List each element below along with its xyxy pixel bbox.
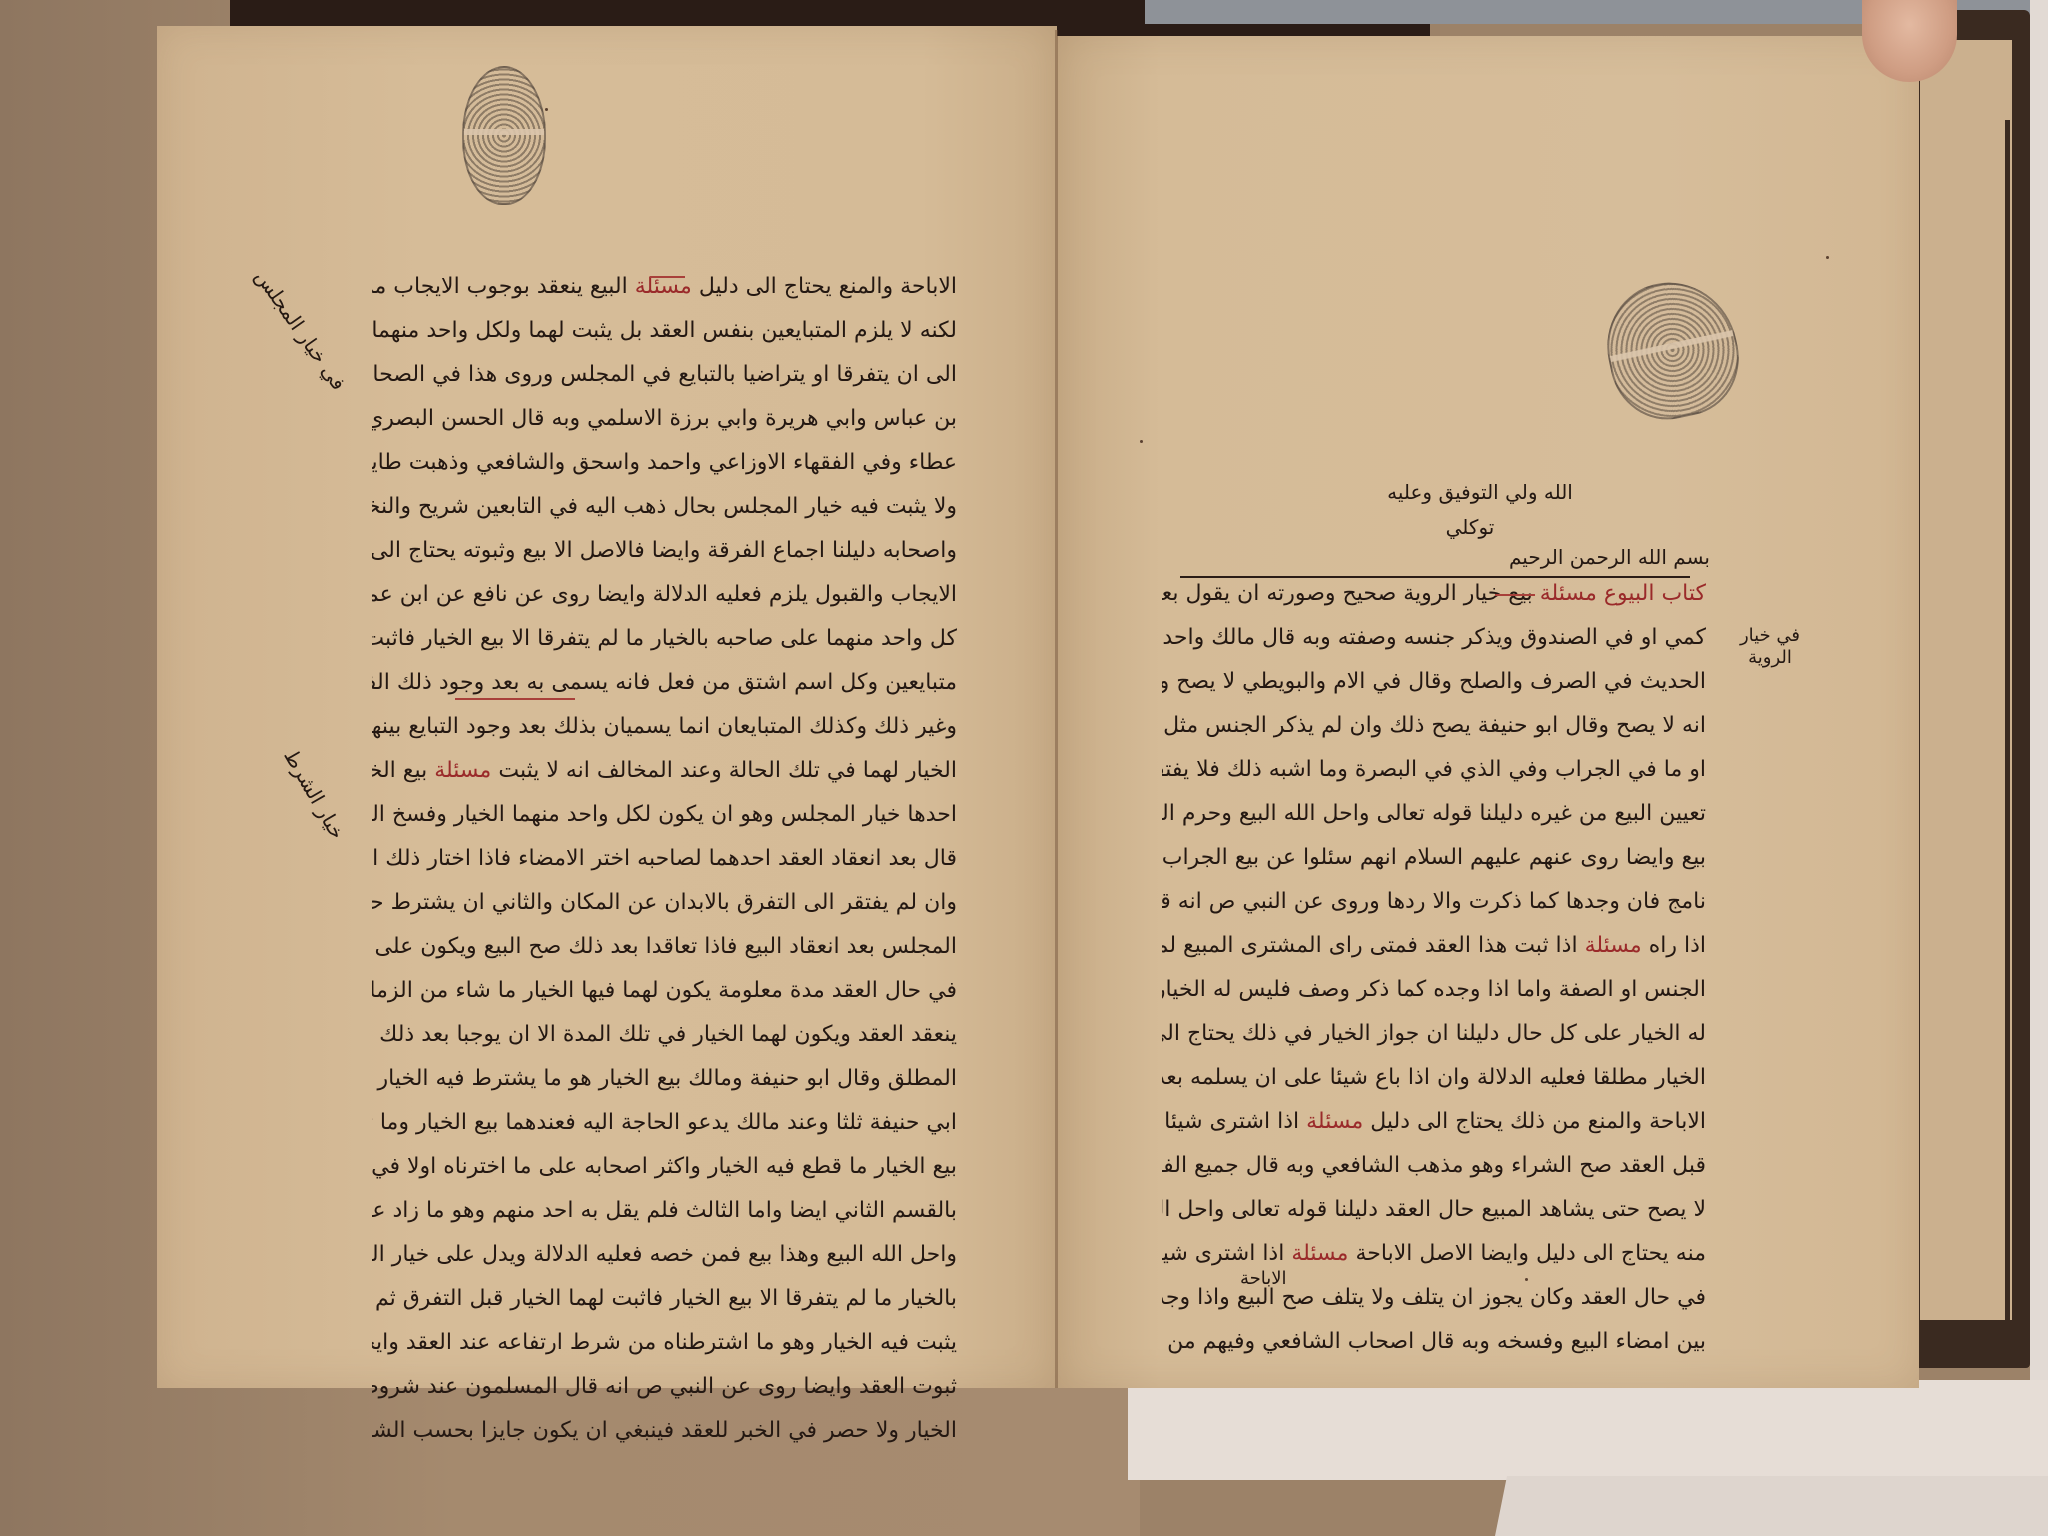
background-right-edge (2030, 0, 2048, 1400)
line-text: تعيين البيع من غيره دليلنا قوله تعالى وا… (1162, 801, 1706, 826)
cover-endpaper (1920, 40, 2012, 1320)
rubric-word: كتاب البيوع (1597, 581, 1706, 606)
manuscript-line: واصحابه دليلنا اجماع الفرقة وايضا فالاصل… (372, 529, 957, 573)
line-text: واصحابه دليلنا اجماع الفرقة وايضا فالاصل… (372, 538, 957, 563)
line-text: انه لا يصح وقال ابو حنيفة يصح ذلك وان لم… (1162, 713, 1706, 738)
margin-note-line: في خيار (1730, 625, 1810, 647)
manuscript-line: عطاء وفي الفقهاء الاوزاعي واحمد واسحق وا… (372, 441, 957, 485)
line-text: لا يصح حتى يشاهد المبيع حال العقد دليلنا… (1162, 1197, 1706, 1222)
line-text: الاباحة والمنع يحتاج الى دليل (692, 274, 957, 299)
manuscript-line: الاباحة والمنع من ذلك يحتاج الى دليل مسئ… (1162, 1100, 1706, 1144)
line-text: له الخيار على كل حال دليلنا ان جواز الخي… (1162, 1021, 1706, 1046)
line-text: اذا اشترى شيئا كان راه قبل العقد ولم يره (1162, 1241, 1291, 1266)
manuscript-line: بالقسم الثاني ايضا واما الثالث فلم يقل ب… (372, 1189, 957, 1233)
manuscript-line: الخيار لهما في تلك الحالة وعند المخالف ا… (372, 749, 957, 793)
manuscript-line: بالخيار ما لم يتفرقا الا بيع الخيار فاثب… (372, 1277, 957, 1321)
line-text: اذا راه (1642, 933, 1706, 958)
manuscript-line: بيع الخيار ما قطع فيه الخيار واكثر اصحاب… (372, 1145, 957, 1189)
manuscript-line: احدها خيار المجلس وهو ان يكون لكل واحد م… (372, 793, 957, 837)
book-spine-gutter (1055, 30, 1058, 1388)
rubric-overline (455, 698, 575, 700)
manuscript-line: الايجاب والقبول يلزم فعليه الدلالة وايضا… (372, 573, 957, 617)
manuscript-line: واحل الله البيع وهذا بيع فمن خصه فعليه ا… (372, 1233, 957, 1277)
manuscript-line: يثبت فيه الخيار وهو ما اشترطناه من شرط ا… (372, 1321, 957, 1365)
manuscript-line: قال بعد انعقاد العقد احدهما لصاحبه اختر … (372, 837, 957, 881)
cover-edge-line (2005, 120, 2010, 1320)
manuscript-line: كل واحد منهما على صاحبه بالخيار ما لم يت… (372, 617, 957, 661)
manuscript-line: المجلس بعد انعقاد البيع فاذا تعاقدا بعد … (372, 925, 957, 969)
right-page-text: كتاب البيوع مسئلة بيع خيار الروية صحيح و… (1162, 572, 1706, 1364)
line-text: ابي حنيفة ثلثا وعند مالك يدعو الحاجة الي… (372, 1110, 957, 1135)
rubric-overline (1495, 594, 1535, 596)
line-text: نامج فان وجدها كما ذكرت والا ردها وروى ع… (1162, 889, 1706, 914)
line-text: بالخيار ما لم يتفرقا الا بيع الخيار فاثب… (372, 1286, 957, 1311)
line-text: في حال العقد مدة معلومة يكون لهما فيها ا… (372, 978, 957, 1003)
invocation-line: توكلي (1410, 515, 1530, 539)
left-page-text: الاباحة والمنع يحتاج الى دليل مسئلة البي… (372, 265, 957, 1453)
line-text: كل واحد منهما على صاحبه بالخيار ما لم يت… (372, 626, 957, 651)
line-text: لكنه لا يلزم المتبايعين بنفس العقد بل يث… (372, 318, 957, 343)
line-text: الحديث في الصرف والصلح وقال في الام والب… (1162, 669, 1706, 694)
manuscript-line: لكنه لا يلزم المتبايعين بنفس العقد بل يث… (372, 309, 957, 353)
line-text: الاباحة والمنع من ذلك يحتاج الى دليل (1363, 1109, 1706, 1134)
manuscript-line: ابي حنيفة ثلثا وعند مالك يدعو الحاجة الي… (372, 1101, 957, 1145)
paper-speck (1826, 256, 1829, 259)
manuscript-line: المطلق وقال ابو حنيفة ومالك بيع الخيار ه… (372, 1057, 957, 1101)
line-text: بن عباس وابي هريرة وابي برزة الاسلمي وبه… (372, 406, 957, 431)
line-text: بيع الخيار عندنا على ثلثة اقسام (372, 758, 434, 783)
line-text: الخيار ولا حصر في الخبر للعقد فينبغي ان … (372, 1418, 957, 1443)
line-text: قبل العقد صح الشراء وهو مذهب الشافعي وبه… (1162, 1153, 1706, 1178)
line-text: اذا اشترى شيئا لم يره حال العقد وكان قد … (1162, 1109, 1306, 1134)
manuscript-line: ينعقد العقد ويكون لهما الخيار في تلك الم… (372, 1013, 957, 1057)
manuscript-line: بيع وايضا روى عنهم عليهم السلام انهم سئل… (1162, 836, 1706, 880)
white-paper-sheet (1128, 1380, 2048, 1480)
line-text: المجلس بعد انعقاد البيع فاذا تعاقدا بعد … (372, 934, 957, 959)
rubric-word: مسئلة (1306, 1109, 1363, 1134)
line-text: قال بعد انعقاد العقد احدهما لصاحبه اختر … (372, 846, 957, 871)
manuscript-line: له الخيار على كل حال دليلنا ان جواز الخي… (1162, 1012, 1706, 1056)
line-text: متبايعين وكل اسم اشتق من فعل فانه يسمى ب… (372, 670, 957, 695)
line-text: عطاء وفي الفقهاء الاوزاعي واحمد واسحق وا… (372, 450, 957, 475)
margin-note-line: الروية (1730, 647, 1810, 669)
manuscript-line: او ما في الجراب وفي الذي في البصرة وما ا… (1162, 748, 1706, 792)
manuscript-line: في حال العقد مدة معلومة يكون لهما فيها ا… (372, 969, 957, 1013)
line-text: اذا ثبت هذا العقد فمتى راى المشترى المبي… (1162, 933, 1585, 958)
manuscript-line: كمي او في الصندوق ويذكر جنسه وصفته وبه ق… (1162, 616, 1706, 660)
line-text: ينعقد العقد ويكون لهما الخيار في تلك الم… (372, 1022, 957, 1047)
manuscript-line: لا يصح حتى يشاهد المبيع حال العقد دليلنا… (1162, 1188, 1706, 1232)
manuscript-line: الى ان يتفرقا او يتراضيا بالتبايع في الم… (372, 353, 957, 397)
line-text: وان لم يفتقر الى التفرق بالابدان عن المك… (372, 890, 957, 915)
line-text: احدها خيار المجلس وهو ان يكون لكل واحد م… (372, 802, 957, 827)
manuscript-line: الحديث في الصرف والصلح وقال في الام والب… (1162, 660, 1706, 704)
line-text: يثبت فيه الخيار وهو ما اشترطناه من شرط ا… (372, 1330, 957, 1355)
line-text: البيع ينعقد بوجوب الايجاب من البايع والق… (372, 274, 635, 299)
line-text: بالقسم الثاني ايضا واما الثالث فلم يقل ب… (372, 1198, 957, 1223)
line-text: منه يحتاج الى دليل وايضا الاصل الاباحة (1348, 1241, 1706, 1266)
manuscript-line: كتاب البيوع مسئلة بيع خيار الروية صحيح و… (1162, 572, 1706, 616)
line-text: ولا يثبت فيه خيار المجلس بحال ذهب اليه ف… (372, 494, 957, 519)
manuscript-line: بين امضاء البيع وفسخه وبه قال اصحاب الشا… (1162, 1320, 1706, 1364)
line-text: وغير ذلك وكذلك المتبايعان انما يسميان بذ… (372, 714, 957, 739)
line-text: الايجاب والقبول يلزم فعليه الدلالة وايضا… (372, 582, 957, 607)
seal-stamp-icon (462, 66, 546, 205)
rubric-word: مسئلة (1540, 581, 1597, 606)
manuscript-line: ثبوت العقد وايضا روى عن النبي ص انه قال … (372, 1365, 957, 1409)
line-text: كمي او في الصندوق ويذكر جنسه وصفته وبه ق… (1162, 625, 1706, 650)
manuscript-line: ولا يثبت فيه خيار المجلس بحال ذهب اليه ف… (372, 485, 957, 529)
line-text: المطلق وقال ابو حنيفة ومالك بيع الخيار ه… (372, 1066, 957, 1091)
line-text: الخيار لهما في تلك الحالة وعند المخالف ا… (491, 758, 957, 783)
manuscript-line: وغير ذلك وكذلك المتبايعان انما يسميان بذ… (372, 705, 957, 749)
rubric-word: مسئلة (1585, 933, 1642, 958)
manuscript-line: بن عباس وابي هريرة وابي برزة الاسلمي وبه… (372, 397, 957, 441)
manuscript-line: الخيار ولا حصر في الخبر للعقد فينبغي ان … (372, 1409, 957, 1453)
line-text: ثبوت العقد وايضا روى عن النبي ص انه قال … (372, 1374, 957, 1399)
manuscript-line: الاباحة والمنع يحتاج الى دليل مسئلة البي… (372, 265, 957, 309)
line-text: بين امضاء البيع وفسخه وبه قال اصحاب الشا… (1162, 1329, 1706, 1354)
rubric-word: مسئلة (1291, 1241, 1348, 1266)
manuscript-line: انه لا يصح وقال ابو حنيفة يصح ذلك وان لم… (1162, 704, 1706, 748)
manuscript-line: نامج فان وجدها كما ذكرت والا ردها وروى ع… (1162, 880, 1706, 924)
catchword: الاباحة (1240, 1268, 1287, 1289)
line-text: الى ان يتفرقا او يتراضيا بالتبايع في الم… (372, 362, 957, 387)
paper-speck (545, 108, 548, 111)
invocation-line: الله ولي التوفيق وعليه (1380, 480, 1580, 504)
manuscript-line: الخيار مطلقا فعليه الدلالة وان اذا باع ش… (1162, 1056, 1706, 1100)
basmala: بسم الله الرحمن الرحيم (1180, 545, 1710, 575)
manuscript-line: تعيين البيع من غيره دليلنا قوله تعالى وا… (1162, 792, 1706, 836)
manuscript-line: اذا راه مسئلة اذا ثبت هذا العقد فمتى راى… (1162, 924, 1706, 968)
paper-speck (1525, 1278, 1528, 1281)
line-text: الخيار مطلقا فعليه الدلالة وان اذا باع ش… (1162, 1065, 1706, 1090)
line-text: بيع الخيار ما قطع فيه الخيار واكثر اصحاب… (372, 1154, 957, 1179)
line-text: الجنس او الصفة واما اذا وجده كما ذكر وصف… (1162, 977, 1706, 1002)
rubric-overline (650, 276, 685, 278)
manuscript-line: وان لم يفتقر الى التفرق بالابدان عن المك… (372, 881, 957, 925)
line-text: واحل الله البيع وهذا بيع فمن خصه فعليه ا… (372, 1242, 957, 1267)
manuscript-line: قبل العقد صح الشراء وهو مذهب الشافعي وبه… (1162, 1144, 1706, 1188)
line-text: بيع وايضا روى عنهم عليهم السلام انهم سئل… (1162, 845, 1706, 870)
rubric-word: مسئلة (434, 758, 491, 783)
white-paper-sheet-lower (1495, 1476, 2048, 1536)
line-text: بيع خيار الروية صحيح وصورته ان يقول بعتك… (1162, 581, 1540, 606)
margin-note: في خيار الروية (1730, 625, 1810, 669)
paper-speck (1140, 440, 1143, 443)
line-text: او ما في الجراب وفي الذي في البصرة وما ا… (1162, 757, 1706, 782)
manuscript-line: الجنس او الصفة واما اذا وجده كما ذكر وصف… (1162, 968, 1706, 1012)
